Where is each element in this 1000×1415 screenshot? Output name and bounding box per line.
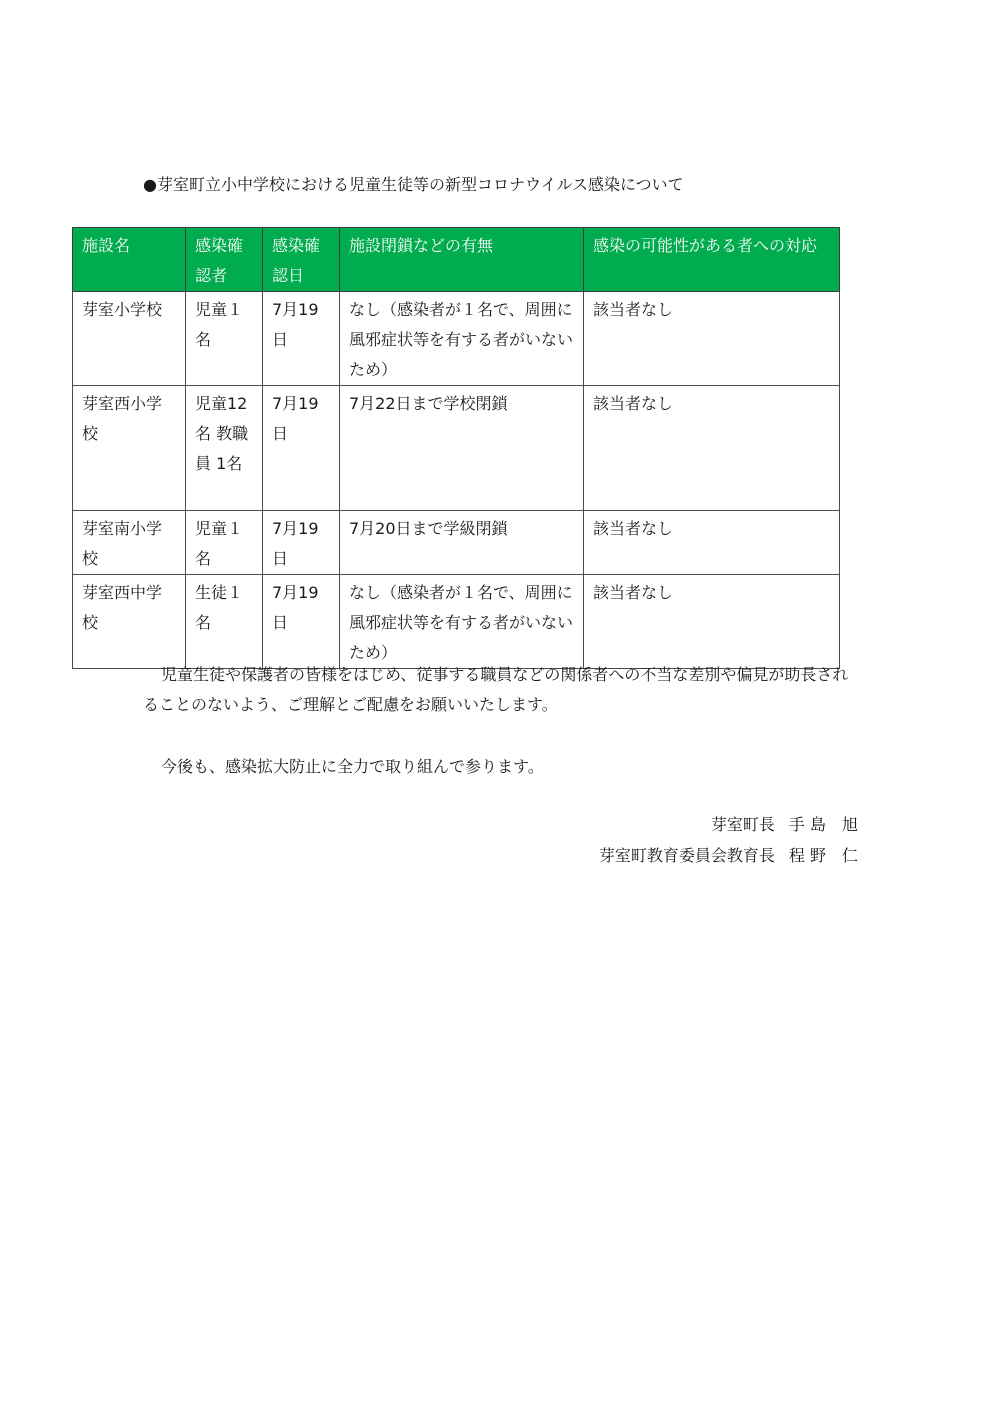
table-row: 芽室南小学校 児童１名 7月19日 7月20日まで学級閉鎖 該当者なし <box>73 511 840 575</box>
table-row: 芽室西小学校 児童12名 教職員 1名 7月19日 7月22日まで学校閉鎖 該当… <box>73 386 840 511</box>
header-response: 感染の可能性がある者への対応 <box>584 228 840 292</box>
cell-confirmed: 児童１名 <box>186 511 263 575</box>
cell-date: 7月19日 <box>263 511 340 575</box>
document-title: ●芽室町立小中学校における児童生徒等の新型コロナウイルス感染について <box>143 172 684 195</box>
cell-confirmed: 児童12名 教職員 1名 <box>186 386 263 511</box>
header-confirmed: 感染確認者 <box>186 228 263 292</box>
cell-facility: 芽室西小学校 <box>73 386 186 511</box>
cell-date: 7月19日 <box>263 575 340 669</box>
cell-facility: 芽室小学校 <box>73 292 186 386</box>
infection-table: 施設名 感染確認者 感染確認日 施設閉鎖などの有無 感染の可能性がある者への対応… <box>72 227 840 669</box>
cell-facility: 芽室南小学校 <box>73 511 186 575</box>
signature-title: 芽室町教育委員会教育長 <box>599 843 775 866</box>
cell-date: 7月19日 <box>263 386 340 511</box>
cell-closure: なし（感染者が１名で、周囲に風邪症状等を有する者がいないため） <box>340 575 584 669</box>
cell-response: 該当者なし <box>584 386 840 511</box>
cell-response: 該当者なし <box>584 511 840 575</box>
header-closure: 施設閉鎖などの有無 <box>340 228 584 292</box>
cell-closure: 7月22日まで学校閉鎖 <box>340 386 584 511</box>
signature-mayor: 芽室町長手 島 旭 <box>711 812 858 835</box>
cell-confirmed: 生徒１名 <box>186 575 263 669</box>
cell-closure: なし（感染者が１名で、周囲に風邪症状等を有する者がいないため） <box>340 292 584 386</box>
header-facility: 施設名 <box>73 228 186 292</box>
cell-response: 該当者なし <box>584 575 840 669</box>
table-row: 芽室西中学校 生徒１名 7月19日 なし（感染者が１名で、周囲に風邪症状等を有す… <box>73 575 840 669</box>
signature-superintendent: 芽室町教育委員会教育長程 野 仁 <box>599 843 858 866</box>
signature-title: 芽室町長 <box>711 812 775 835</box>
commitment-paragraph: 今後も、感染拡大防止に全力で取り組んで参ります。 <box>143 752 863 782</box>
header-date: 感染確認日 <box>263 228 340 292</box>
table-row: 芽室小学校 児童１名 7月19日 なし（感染者が１名で、周囲に風邪症状等を有する… <box>73 292 840 386</box>
signature-name: 程 野 仁 <box>789 843 858 866</box>
request-paragraph: 児童生徒や保護者の皆様をはじめ、従事する職員などの関係者への不当な差別や偏見が助… <box>143 660 863 720</box>
cell-date: 7月19日 <box>263 292 340 386</box>
cell-response: 該当者なし <box>584 292 840 386</box>
cell-confirmed: 児童１名 <box>186 292 263 386</box>
table-header-row: 施設名 感染確認者 感染確認日 施設閉鎖などの有無 感染の可能性がある者への対応 <box>73 228 840 292</box>
cell-facility: 芽室西中学校 <box>73 575 186 669</box>
cell-closure: 7月20日まで学級閉鎖 <box>340 511 584 575</box>
signature-name: 手 島 旭 <box>789 812 858 835</box>
